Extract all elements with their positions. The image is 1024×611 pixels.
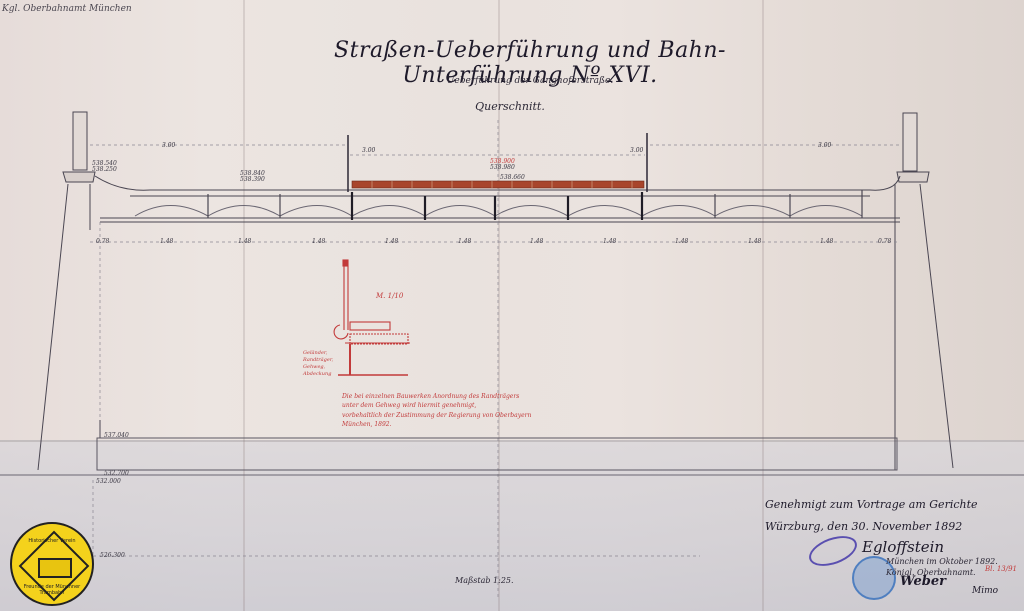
dimension-label: 1.48	[820, 238, 833, 245]
dimension-label: 1.48	[385, 238, 398, 245]
tram-club-logo: Historischer Verein Freunde der Münchner…	[10, 522, 94, 606]
approval-block: Genehmigt zum Vortrage am Gerichte Würzb…	[765, 494, 978, 538]
approval-line-1: Genehmigt zum Vortrage am Gerichte	[765, 494, 978, 516]
dimension-label: 1.48	[675, 238, 688, 245]
elevation-label: 526.300	[100, 552, 125, 559]
approval-line-2: Würzburg, den 30. November 1892	[765, 516, 978, 538]
detail-note: Geländer, Randträger, Gehweg, Abdeckung	[303, 350, 347, 378]
dimension-label: 1.48	[748, 238, 761, 245]
signature-weber: Weber	[900, 574, 946, 589]
elevation-label: 538.980	[490, 164, 515, 171]
red-reference-mark: Bl. 13/91	[985, 565, 1017, 573]
dimension-label: 1.48	[530, 238, 543, 245]
dimension-label: 0.78	[878, 238, 891, 245]
scale-label: Maßstab 1:25.	[455, 576, 514, 585]
dimension-label: 1.48	[312, 238, 325, 245]
dimension-label: 0.78	[96, 238, 109, 245]
tram-icon	[38, 558, 72, 578]
dimension-label: 3.00	[818, 142, 831, 149]
detail-scale: M. 1/10	[376, 292, 403, 301]
elevation-label: 537.040	[104, 432, 129, 439]
signature-bottom: Mimo	[972, 586, 998, 596]
dimension-label: 3.00	[362, 147, 375, 154]
elevation-label: 538.390	[240, 176, 265, 183]
dimension-label: 3.00	[162, 142, 175, 149]
elevation-label: 532.700	[104, 470, 129, 477]
elevation-label: 538.660	[500, 174, 525, 181]
signature-approver: Egloffstein	[862, 538, 944, 556]
dimension-label: 1.48	[458, 238, 471, 245]
drawing-sheet: Kgl. Oberbahnamt München Straßen-Ueberfü…	[0, 0, 1024, 611]
dimension-label: 1.48	[160, 238, 173, 245]
dimension-label: 3.00	[630, 147, 643, 154]
dimension-label: 1.48	[238, 238, 251, 245]
dimension-label: 1.48	[603, 238, 616, 245]
elevation-label: 538.250	[92, 166, 117, 173]
elevation-label: 532.000	[96, 478, 121, 485]
